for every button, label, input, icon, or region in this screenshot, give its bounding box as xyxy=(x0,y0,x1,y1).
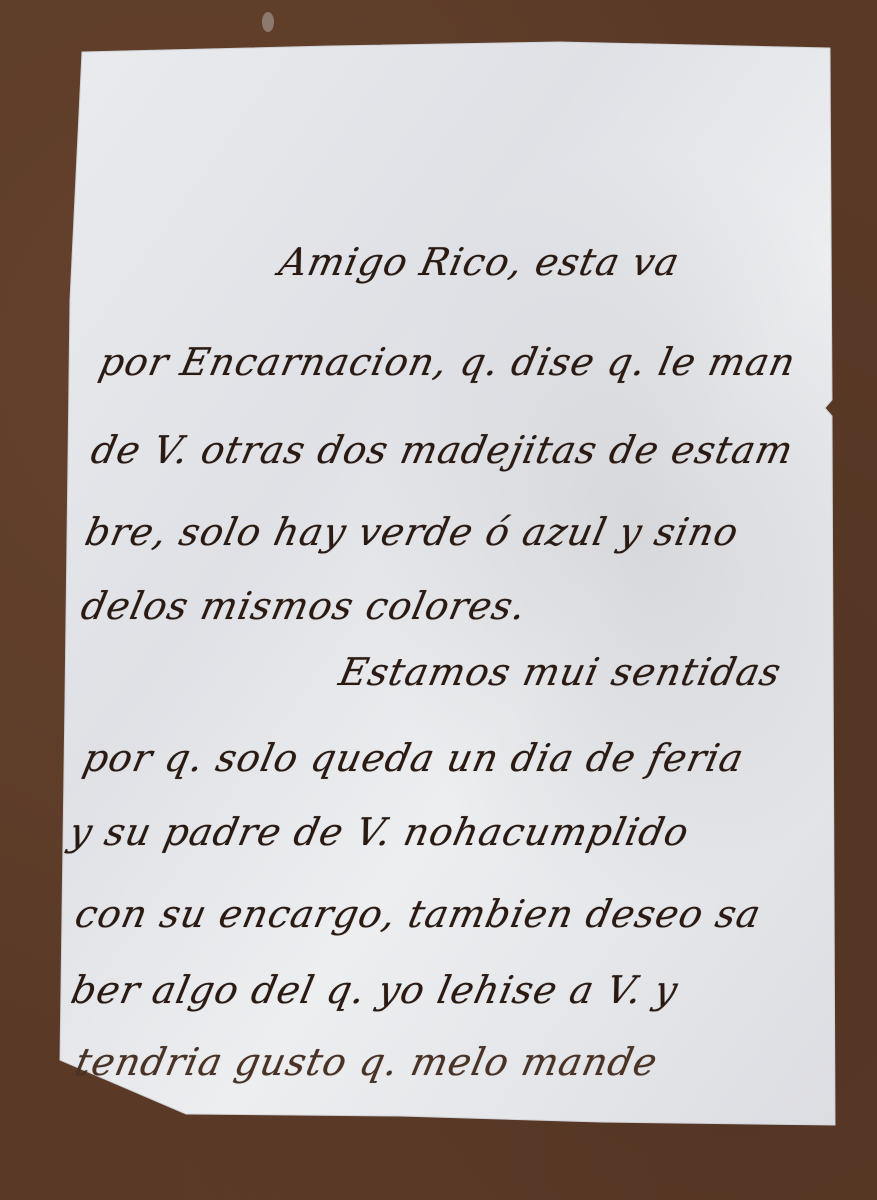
letter-line: con su encargo, tambien deseo sa xyxy=(71,892,765,936)
letter-line: y su padre de V. nohacumplido xyxy=(65,810,693,854)
letter-line: Estamos mui sentidas xyxy=(335,650,785,694)
letter-line: delos mismos colores. xyxy=(77,584,530,628)
letter-line: por Encarnacion, q. dise q. le man xyxy=(95,340,800,384)
letter-line: ber algo del q. yo lehise a V. y xyxy=(67,968,682,1012)
letter-line: Amigo Rico, esta va xyxy=(275,240,683,284)
letter-line: bre, solo hay verde ó azul y sino xyxy=(81,510,743,554)
letter-line: de V. otras dos madejitas de estam xyxy=(87,428,797,472)
letter-text: Amigo Rico, esta va por Encarnacion, q. … xyxy=(0,0,877,1200)
letter-line: por q. solo queda un dia de feria xyxy=(79,736,748,780)
letter-line: tendria gusto q. melo mande xyxy=(71,1040,662,1084)
